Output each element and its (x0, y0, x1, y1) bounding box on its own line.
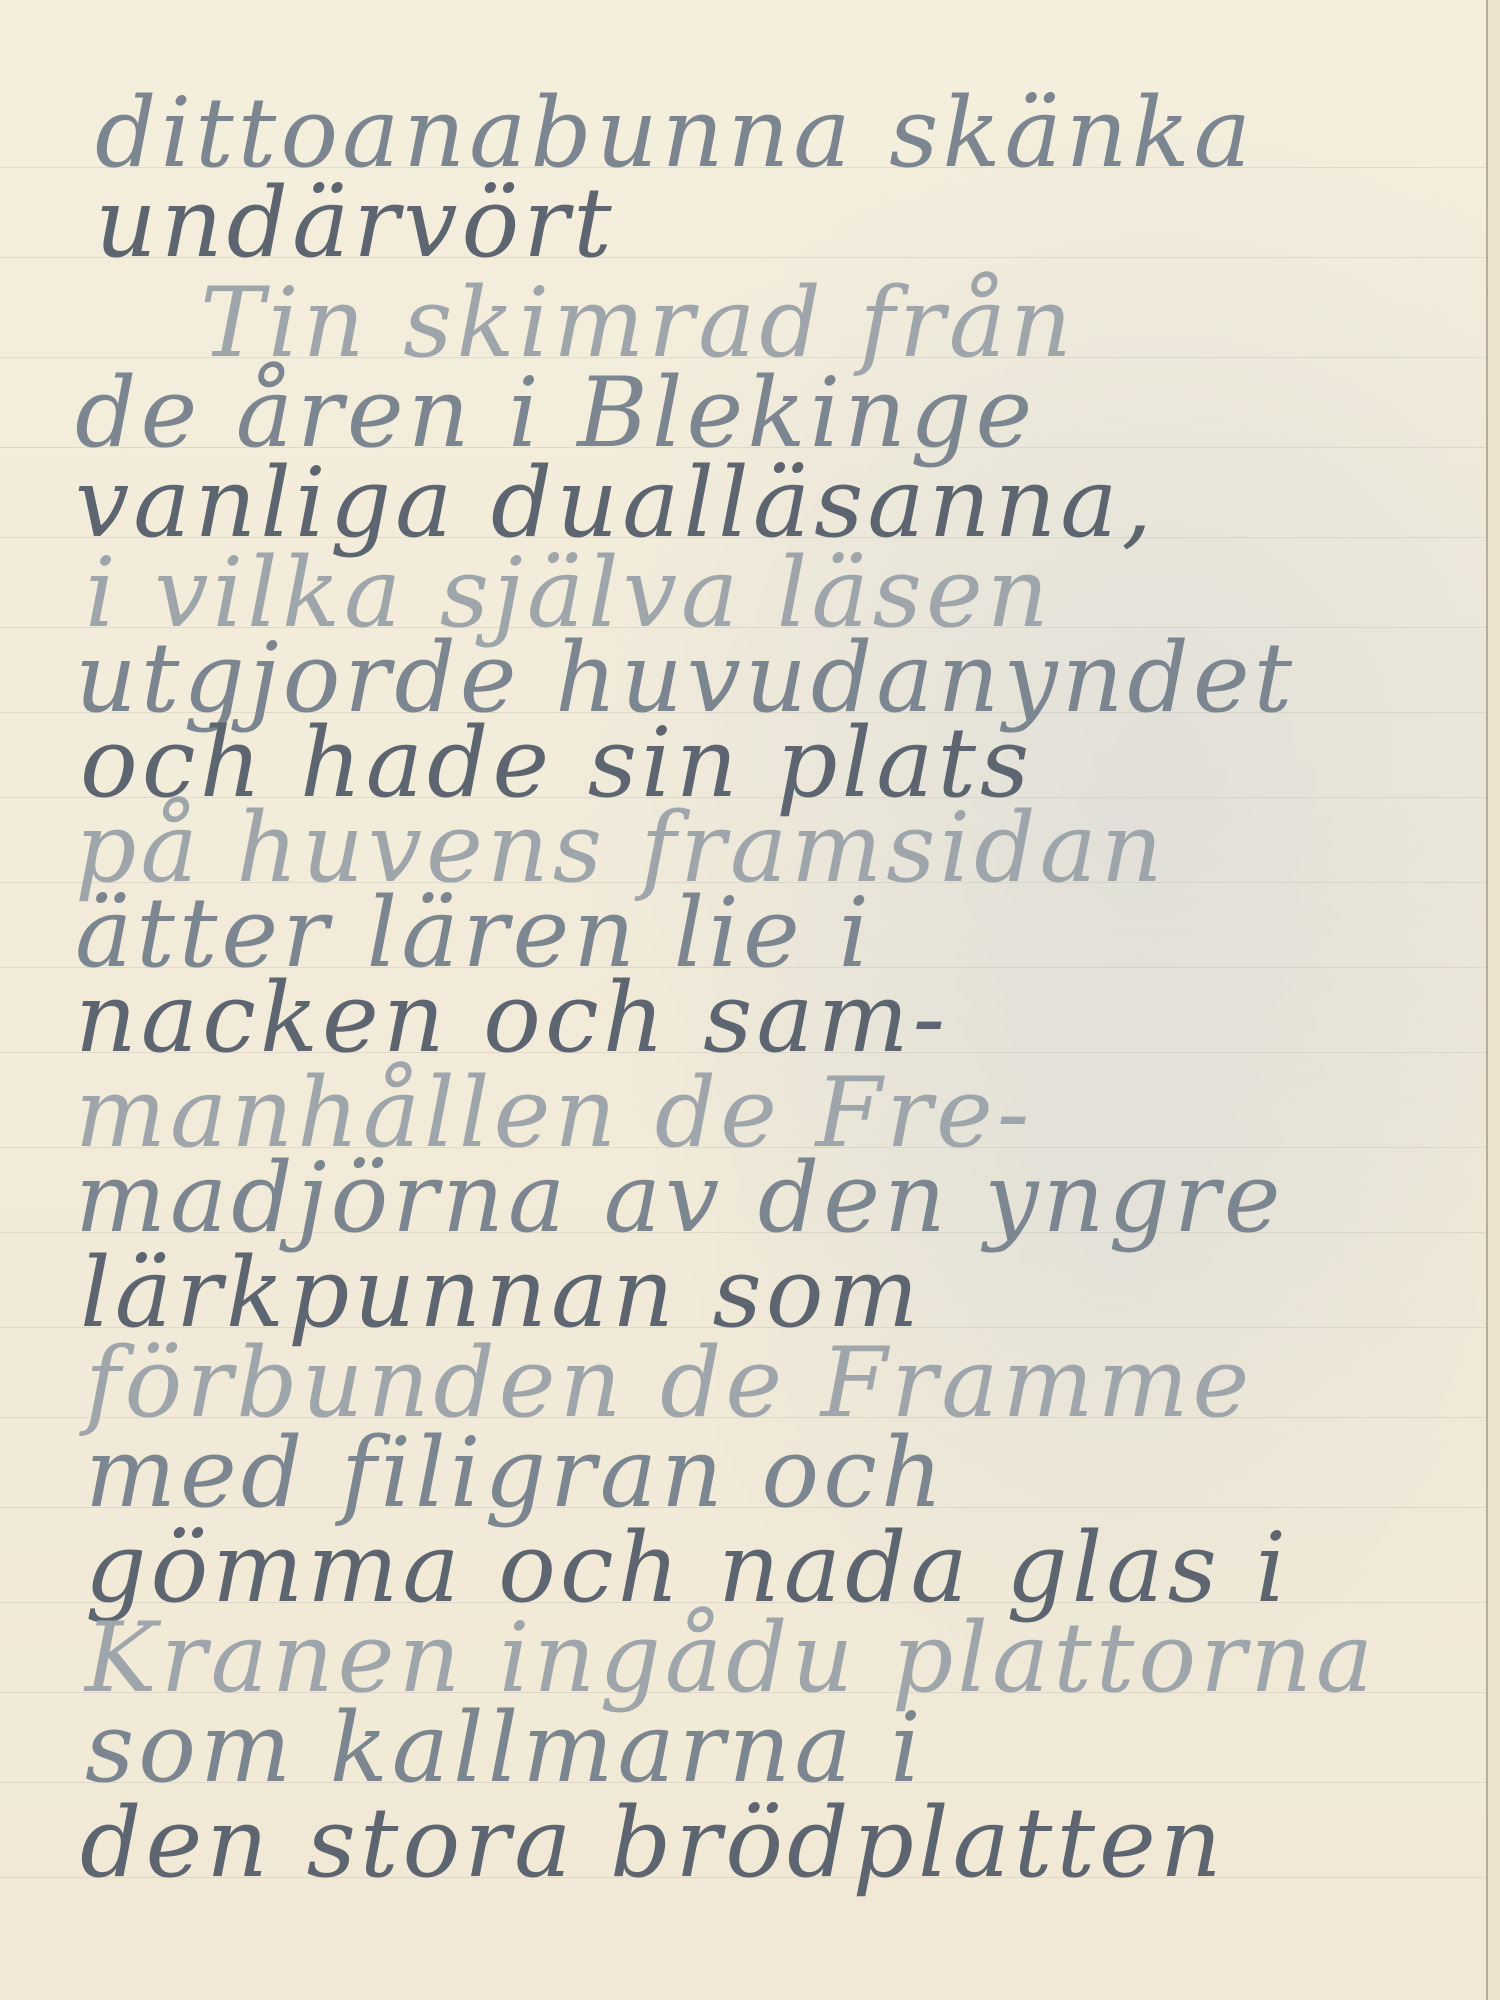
handwritten-text-block: dittoanabunna skänkaundärvörtTin skimrad… (0, 0, 1486, 2000)
handwritten-line: undärvört (95, 175, 616, 271)
handwritten-line: nacken och sam- (75, 970, 949, 1066)
handwritten-line: den stora brödplatten (80, 1795, 1226, 1891)
adjacent-page-strip (1488, 0, 1500, 2000)
handwritten-line: som kallmarna i (85, 1700, 925, 1796)
manuscript-page: dittoanabunna skänkaundärvörtTin skimrad… (0, 0, 1488, 2000)
handwritten-line: madjörna av den yngre (75, 1150, 1285, 1246)
handwritten-line: med filigran och (85, 1425, 947, 1521)
